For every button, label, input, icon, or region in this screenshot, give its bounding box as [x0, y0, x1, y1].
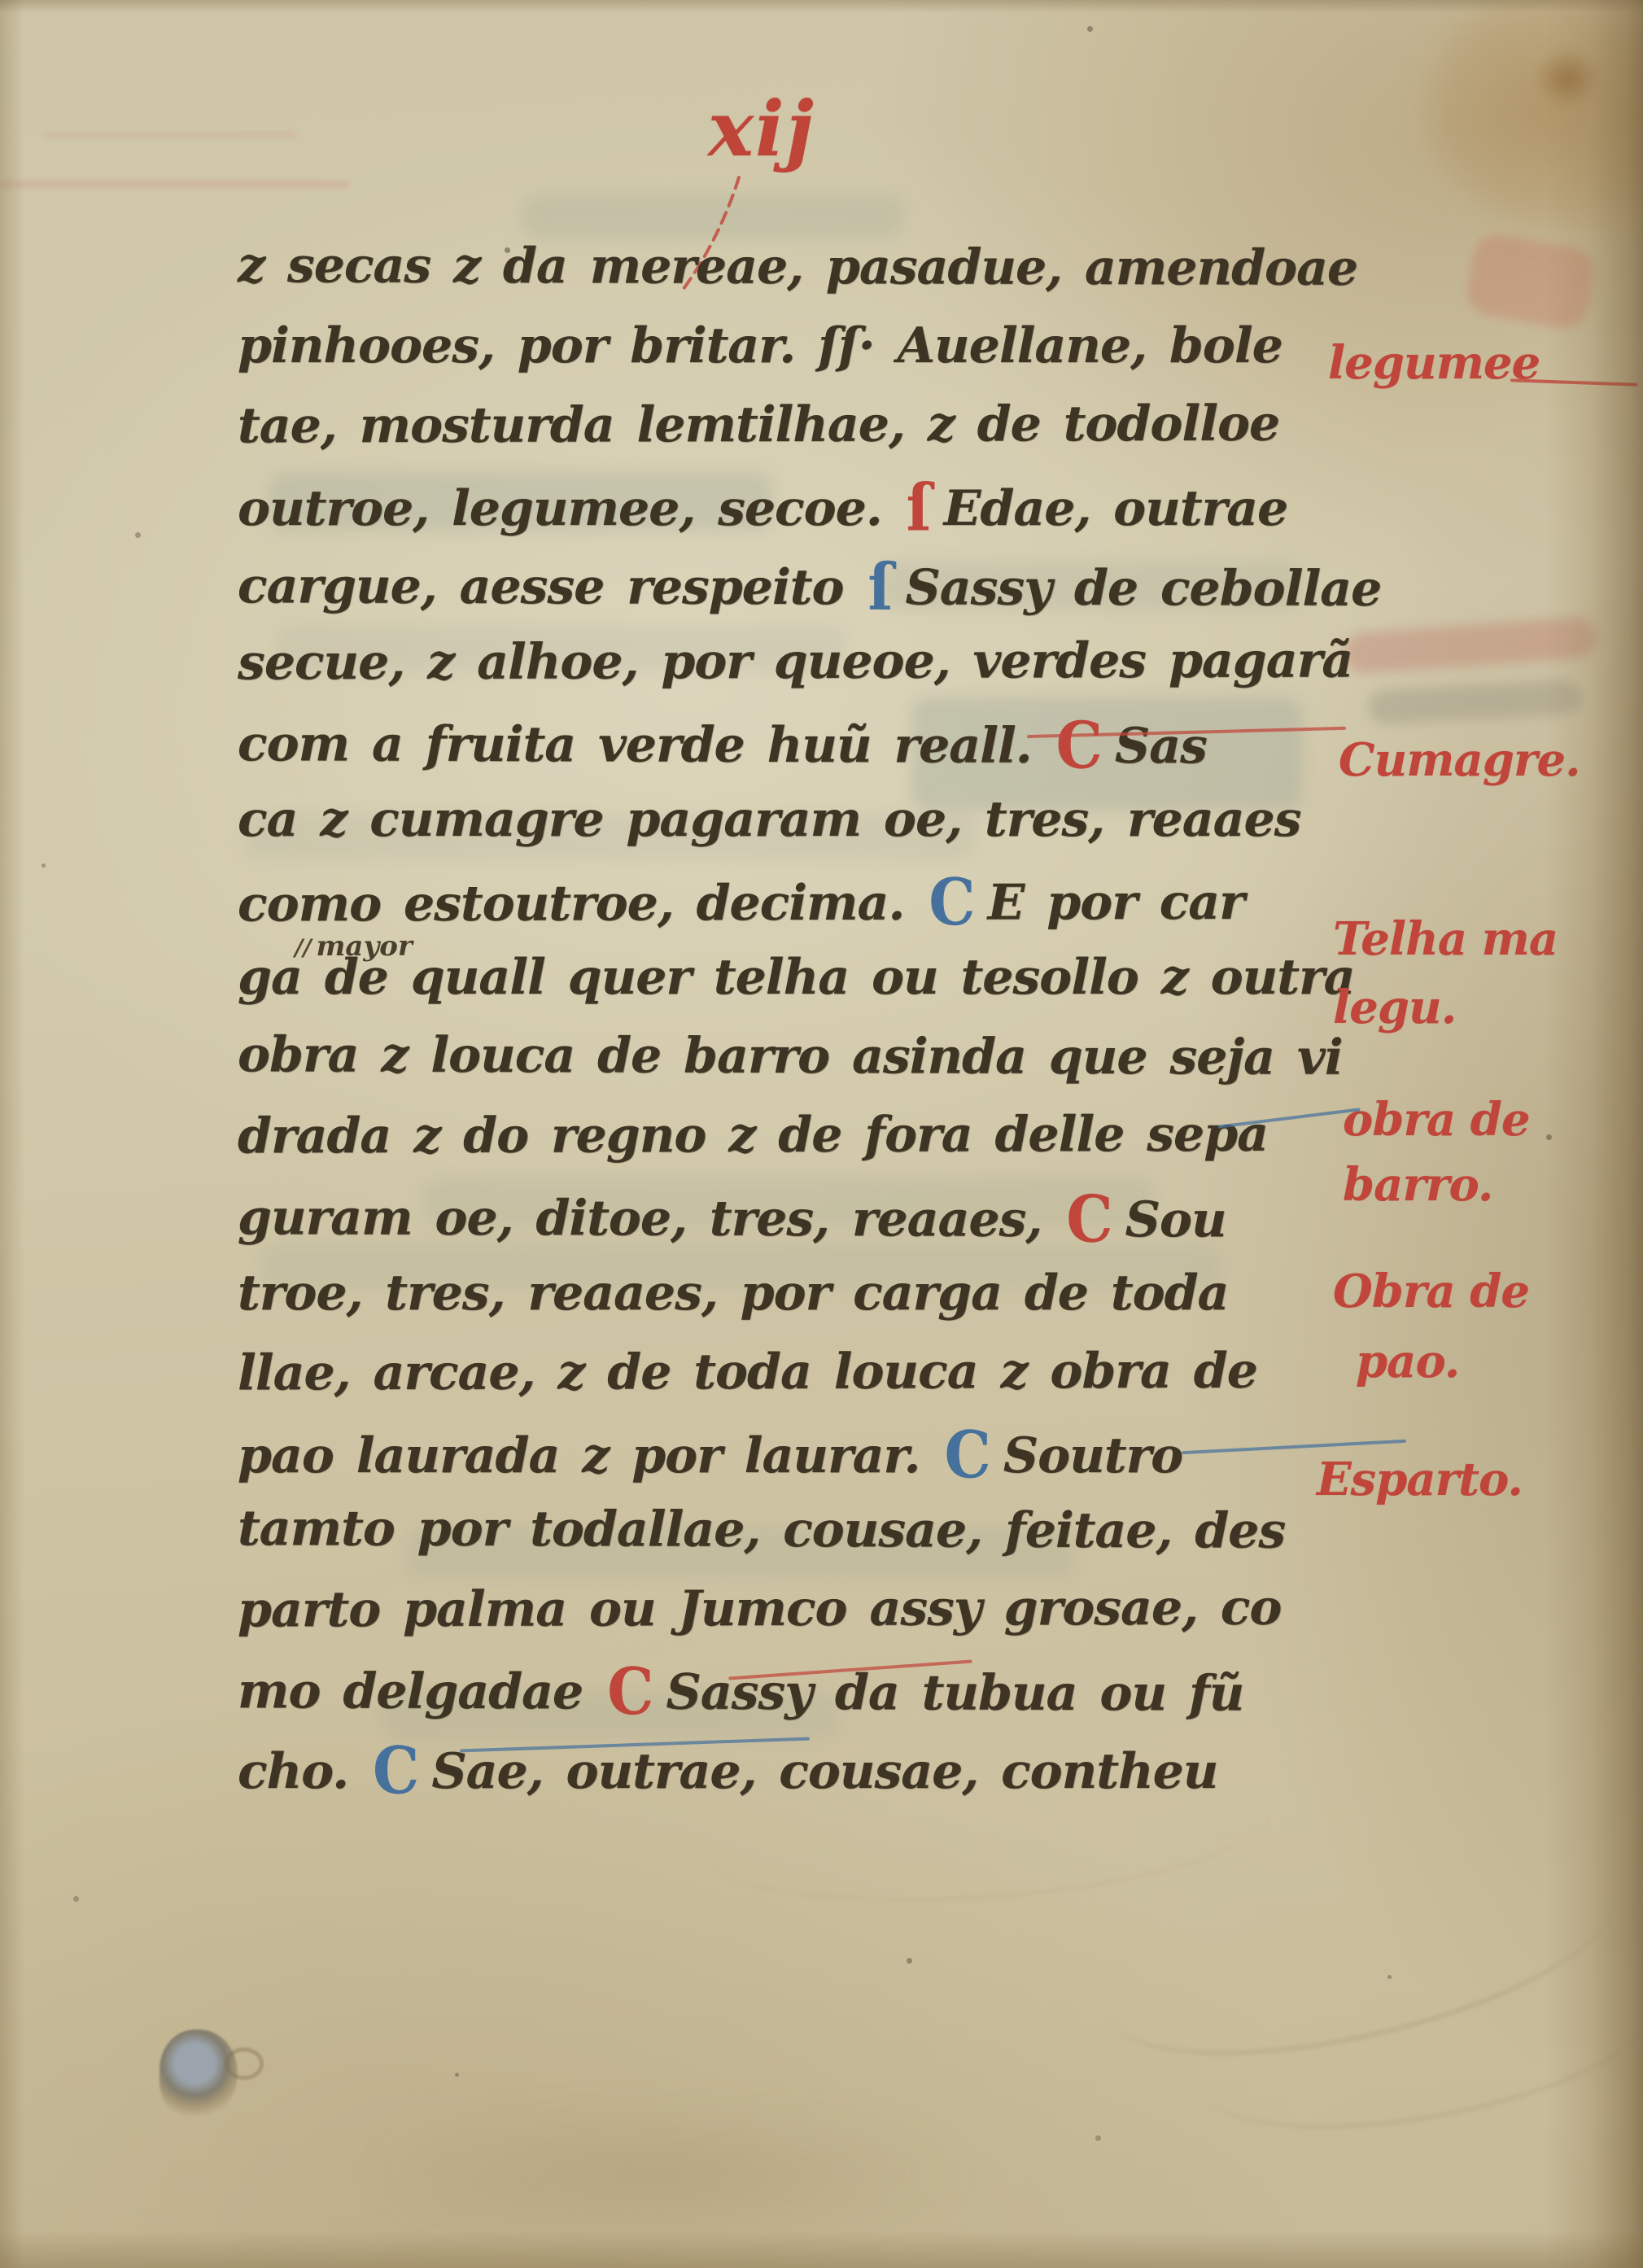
margin-note-esparto: Esparto.	[1317, 1445, 1523, 1514]
line-text: Sassy de cebollae	[905, 559, 1381, 618]
page-edge-right	[1545, 0, 1643, 2268]
line-text: obra z louca de barro asinda que seja vi	[238, 1026, 1343, 1086]
line-text: tae, mosturda lemtilhae, z de todolloe	[238, 395, 1279, 455]
line-text: parto palma ou Jumco assy grosae, co	[238, 1580, 1281, 1639]
page-edge-bottom	[0, 2231, 1643, 2268]
line-text: Edae, outrae	[944, 480, 1288, 537]
paragraph-mark: C	[944, 1411, 990, 1498]
line-text: Sassy da tubua ou fũ	[666, 1664, 1243, 1723]
line-text: E por car	[988, 874, 1244, 932]
line-text: z secas z da mereae, pasadue, amendoae	[238, 237, 1357, 297]
margin-note-line: barro.	[1343, 1152, 1530, 1217]
pink-streak	[45, 132, 297, 138]
interlinear-addition: //mayor	[295, 933, 413, 960]
text-line: como estoutroe, decima.CE por car	[238, 859, 1332, 940]
line-text: pao laurada z por laurar.	[238, 1427, 920, 1484]
line-text: cho.	[238, 1743, 348, 1800]
margin-note-cumagre: Cumagre.	[1339, 726, 1580, 794]
pink-streak	[0, 181, 350, 188]
text-line: com a fruita verde huũ reall.CSas	[238, 700, 1332, 782]
text-line: pao laurada z por laurar.CSoutro	[238, 1412, 1332, 1491]
text-line: llae, arcae, z de toda louca z obra de	[238, 1332, 1332, 1414]
margin-note-obra-de-pao: Obra de pao.	[1333, 1256, 1529, 1396]
parchment-hole	[159, 2030, 238, 2119]
text-line: mo delgadaeCSassy da tubua ou fũ	[238, 1647, 1332, 1729]
margin-note-line: Obra de	[1333, 1256, 1529, 1326]
line-text: como estoutroe, decima.	[238, 875, 904, 933]
text-block: z secas z da mereae, pasadue, amendoae p…	[238, 228, 1332, 1807]
margin-note-telha: Telha ma legu.	[1333, 905, 1558, 1042]
text-line: pinhooes, por britar. ſſ· Auellane, bole	[238, 307, 1332, 386]
line-text: pinhooes, por britar. ſſ· Auellane, bole	[238, 317, 1283, 374]
line-text: Sas	[1115, 718, 1207, 775]
text-line: guram oe, ditoe, tres, reaaes,CSou	[238, 1173, 1332, 1256]
ink-specks	[0, 0, 2, 2]
margin-note-line: Esparto.	[1317, 1445, 1523, 1514]
margin-note-line: legumee	[1328, 329, 1540, 397]
paragraph-mark: C	[607, 1648, 653, 1735]
margin-note-line: obra de	[1343, 1087, 1530, 1152]
line-text: Soutro	[1003, 1427, 1182, 1484]
paragraph-mark: C	[929, 859, 975, 946]
paragraph-mark: ſ	[867, 543, 892, 630]
margin-note-line: legu.	[1333, 973, 1558, 1042]
text-line: z secas z da mereae, pasadue, amendoae	[238, 226, 1332, 308]
line-text: cargue, aesse respeito	[238, 557, 844, 616]
text-line: tamto por todallae, cousae, feitae, des	[238, 1489, 1332, 1571]
interlinear-text: mayor	[316, 930, 412, 963]
margin-note-line: Telha ma	[1333, 905, 1558, 973]
manuscript-page: xij z secas z da mereae, pasadue, amendo…	[0, 0, 1643, 2268]
text-line: parto palma ou Jumco assy grosae, co	[238, 1569, 1332, 1650]
paragraph-mark: ſ	[907, 464, 931, 551]
line-text: ca z cumagre pagaram oe, tres, reaaes	[238, 791, 1300, 848]
text-line: drada z do regno z de fora delle sepa	[238, 1095, 1332, 1177]
line-text: Sou	[1125, 1191, 1226, 1248]
page-edge-top	[0, 0, 1643, 13]
text-line: secue, z alhoe, por queoe, verdes pagarã	[238, 622, 1332, 703]
text-line: obra z louca de barro asinda que seja vi	[238, 1016, 1332, 1098]
paragraph-mark: C	[373, 1727, 418, 1814]
line-text: troe, tres, reaaes, por carga de toda	[238, 1265, 1228, 1322]
line-text: com a fruita verde huũ reall.	[238, 715, 1032, 775]
text-line: troe, tres, reaaes, por carga de toda	[238, 1254, 1332, 1333]
text-line: cargue, aesse respeitoſSassy de cebollae	[238, 542, 1332, 624]
line-text: guram oe, ditoe, tres, reaaes,	[238, 1189, 1042, 1248]
margin-note-legumes: legumee	[1328, 329, 1540, 397]
line-text: outroe, legumee, secoe.	[238, 480, 882, 537]
margin-note-line: pao.	[1356, 1326, 1529, 1396]
line-text: tamto por todallae, cousae, feitae, des	[238, 1500, 1285, 1559]
line-text: secue, z alhoe, por queoe, verdes pagarã	[238, 632, 1352, 692]
text-line: outroe, legumee, secoe.ſEdae, outrae	[238, 465, 1332, 544]
margin-note-obra-de-barro: obra de barro.	[1343, 1087, 1530, 1217]
insertion-caret: //	[295, 934, 311, 961]
margin-note-line: Cumagre.	[1339, 726, 1580, 794]
line-text: drada z do regno z de fora delle sepa	[238, 1106, 1268, 1165]
folio-number: xij	[708, 91, 815, 168]
parchment-hole-ring	[225, 2047, 264, 2080]
paragraph-mark: C	[1055, 701, 1102, 789]
page-edge-left	[0, 0, 24, 2268]
paragraph-mark: C	[1066, 1175, 1112, 1262]
text-line: tae, mosturda lemtilhae, z de todolloe	[238, 385, 1332, 466]
line-text: mo delgadae	[238, 1663, 583, 1720]
line-text: llae, arcae, z de toda louca z obra de	[238, 1343, 1257, 1402]
text-line: ca z cumagre pagaram oe, tres, reaaes	[238, 780, 1332, 859]
